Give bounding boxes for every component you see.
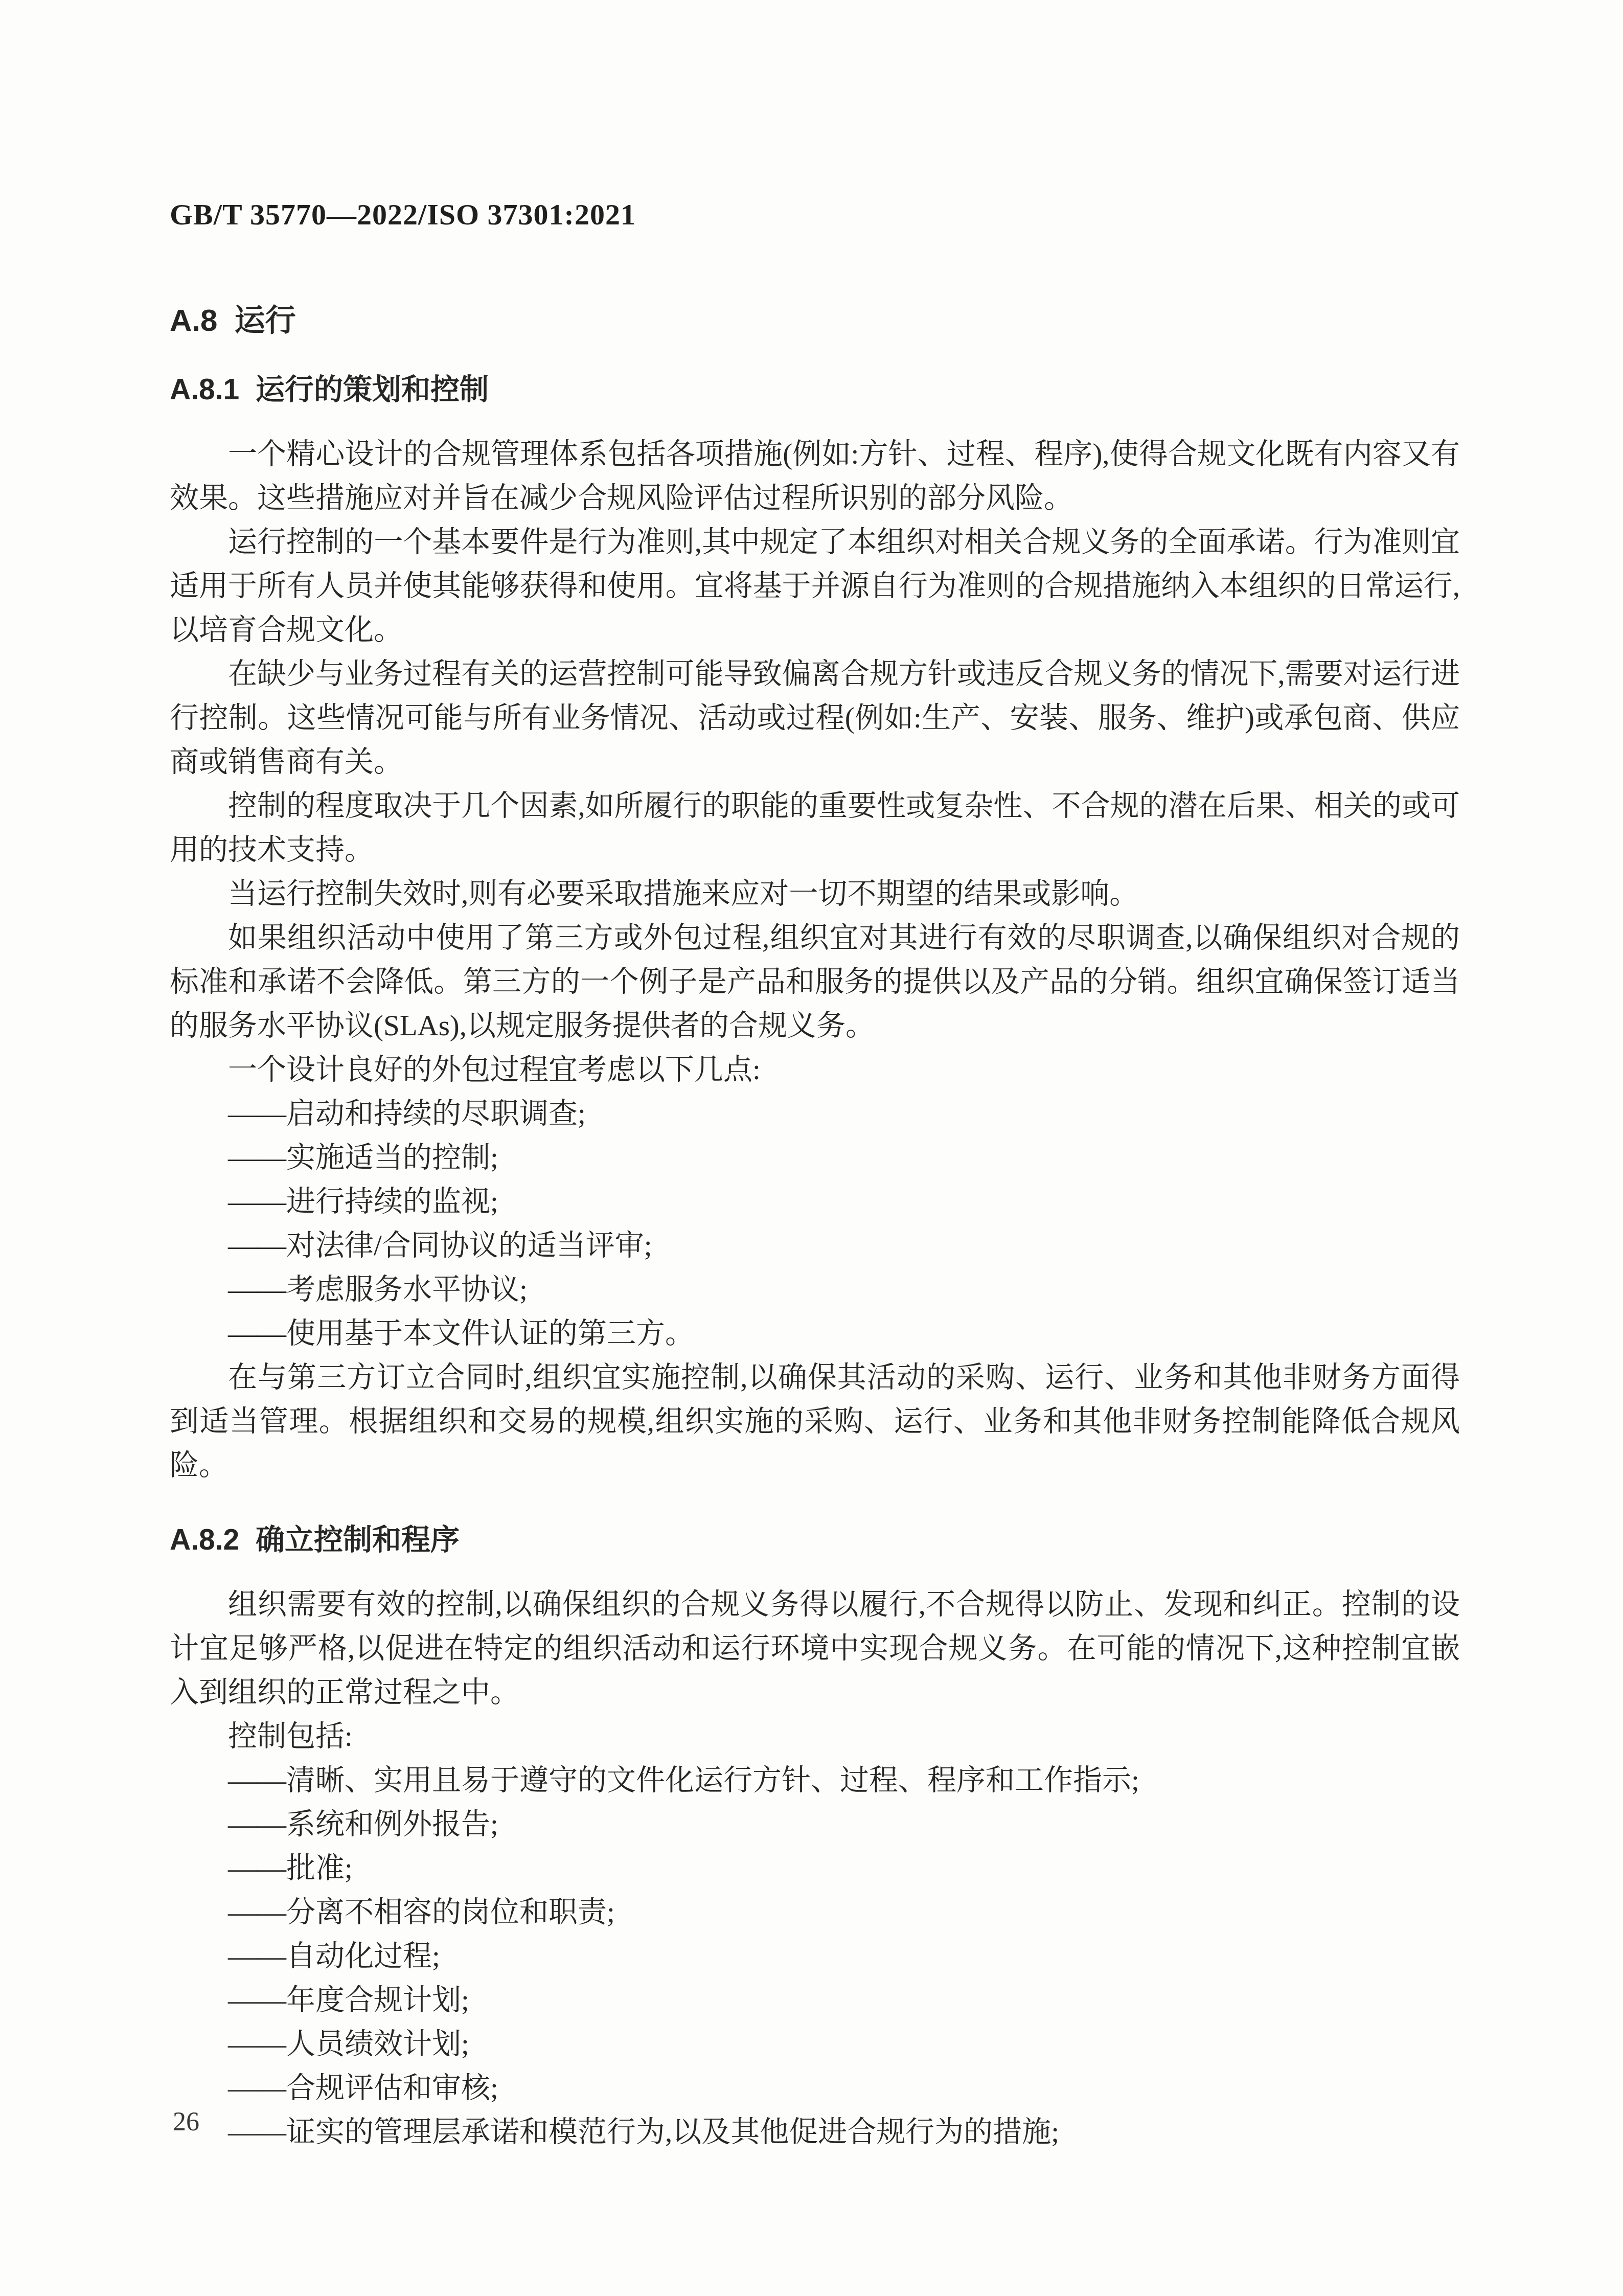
document-page: GB/T 35770—2022/ISO 37301:2021 A.8 运行 A.… (0, 0, 1623, 2296)
dash-list-item: ——系统和例外报告; (228, 1803, 1460, 1847)
dash-list-item: ——清晰、实用且易于遵守的文件化运行方针、过程、程序和工作指示; (228, 1759, 1460, 1803)
controls-list: ——清晰、实用且易于遵守的文件化运行方针、过程、程序和工作指示; ——系统和例外… (170, 1759, 1460, 2154)
dash-list-item: ——合规评估和审核; (228, 2066, 1460, 2110)
paragraph-a81-5: 当运行控制失效时,则有必要采取措施来应对一切不期望的结果或影响。 (170, 872, 1460, 916)
paragraph-a81-1: 一个精心设计的合规管理体系包括各项措施(例如:方针、过程、程序),使得合规文化既… (170, 433, 1460, 520)
dash-list-item: ——进行持续的监视; (228, 1180, 1460, 1224)
dash-list-item: ——批准; (228, 1847, 1460, 1891)
section-a8-heading: A.8 运行 (170, 304, 1460, 337)
dash-list-item: ——证实的管理层承诺和模范行为,以及其他促进合规行为的措施; (228, 2110, 1460, 2154)
dash-list-item: ——人员绩效计划; (228, 2022, 1460, 2066)
dash-list-item: ——使用基于本文件认证的第三方。 (228, 1312, 1460, 1356)
section-a82-heading: A.8.2 确立控制和程序 (170, 1524, 1460, 1556)
section-a81-heading: A.8.1 运行的策划和控制 (170, 373, 1460, 406)
paragraph-a81-3: 在缺少与业务过程有关的运营控制可能导致偏离合规方针或违反合规义务的情况下,需要对… (170, 652, 1460, 784)
page-content: GB/T 35770—2022/ISO 37301:2021 A.8 运行 A.… (170, 198, 1460, 2154)
dash-list-item: ——启动和持续的尽职调查; (228, 1092, 1460, 1136)
dash-list-item: ——考虑服务水平协议; (228, 1268, 1460, 1312)
paragraph-a81-2: 运行控制的一个基本要件是行为准则,其中规定了本组织对相关合规义务的全面承诺。行为… (170, 520, 1460, 652)
dash-list-item: ——年度合规计划; (228, 1979, 1460, 2022)
dash-list-item: ——对法律/合同协议的适当评审; (228, 1224, 1460, 1268)
paragraph-a81-4: 控制的程度取决于几个因素,如所履行的职能的重要性或复杂性、不合规的潜在后果、相关… (170, 784, 1460, 872)
dash-list-item: ——分离不相容的岗位和职责; (228, 1891, 1460, 1935)
page-number: 26 (173, 2107, 199, 2137)
outsourcing-considerations-list: ——启动和持续的尽职调查; ——实施适当的控制; ——进行持续的监视; ——对法… (170, 1092, 1460, 1356)
paragraph-a81-8: 在与第三方订立合同时,组织宜实施控制,以确保其活动的采购、运行、业务和其他非财务… (170, 1356, 1460, 1488)
paragraph-a81-6: 如果组织活动中使用了第三方或外包过程,组织宜对其进行有效的尽职调查,以确保组织对… (170, 916, 1460, 1048)
paragraph-a82-1: 组织需要有效的控制,以确保组织的合规义务得以履行,不合规得以防止、发现和纠正。控… (170, 1583, 1460, 1715)
dash-list-item: ——自动化过程; (228, 1935, 1460, 1979)
dash-list-item: ——实施适当的控制; (228, 1136, 1460, 1180)
paragraph-a82-2: 控制包括: (170, 1715, 1460, 1759)
paragraph-a81-7: 一个设计良好的外包过程宜考虑以下几点: (170, 1048, 1460, 1092)
standard-number-header: GB/T 35770—2022/ISO 37301:2021 (170, 198, 1460, 231)
